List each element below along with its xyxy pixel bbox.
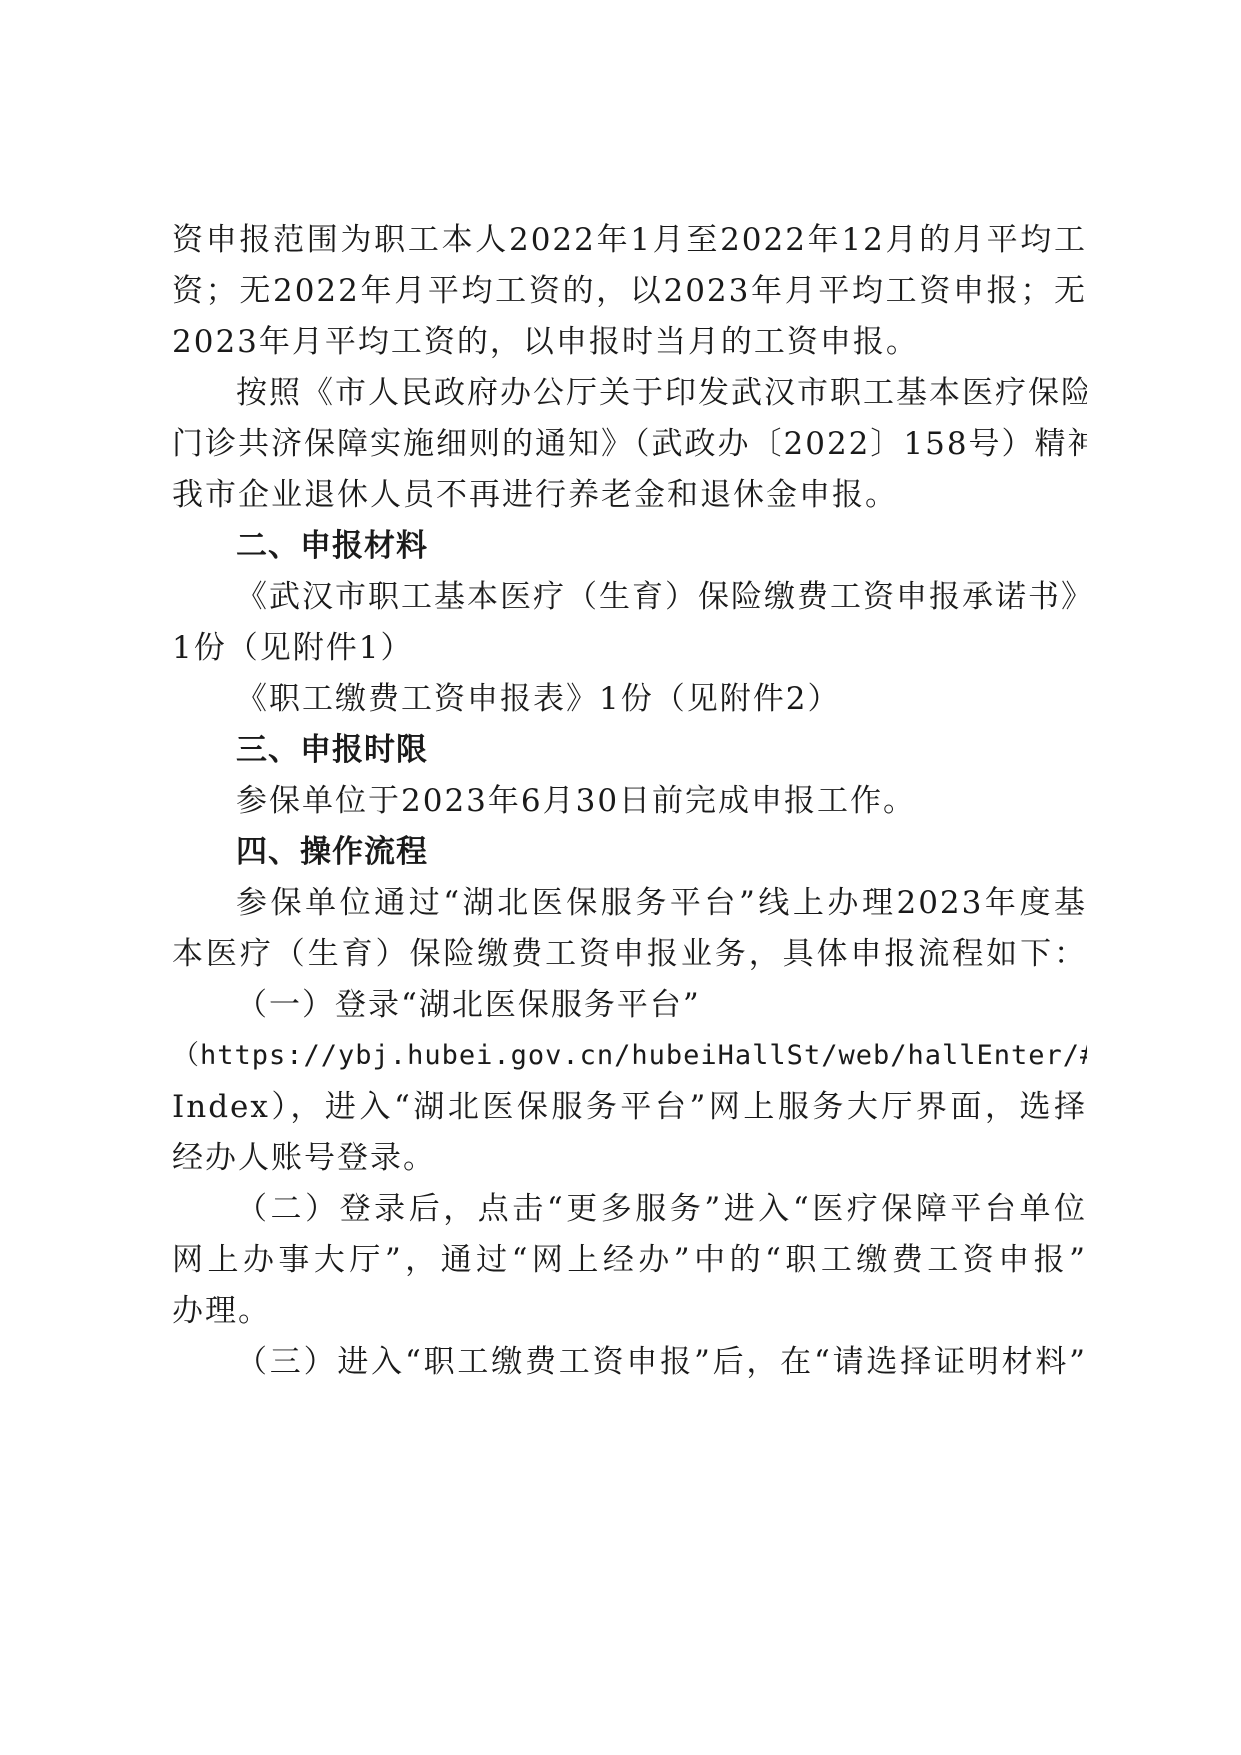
paragraph-line: 参保单位通过“湖北医保服务平台”线上办理2023年度基 <box>236 877 1087 929</box>
step-heading-3: （三）进入“职工缴费工资申报”后，在“请选择证明材料” <box>236 1336 1087 1388</box>
section-heading-procedure: 四、操作流程 <box>236 826 1151 878</box>
platform-url-line: （https://ybj.hubei.gov.cn/hubeiHallSt/we… <box>172 1030 1087 1082</box>
paragraph-line: 2023年月平均工资的，以申报时当月的工资申报。 <box>172 316 1087 368</box>
paragraph-line: 我市企业退休人员不再进行养老金和退休金申报。 <box>172 469 1087 521</box>
step-heading-2: （二）登录后，点击“更多服务”进入“医疗保障平台单位 <box>236 1183 1087 1235</box>
section-heading-deadline: 三、申报时限 <box>236 724 1151 776</box>
section-heading-materials: 二、申报材料 <box>236 520 1151 572</box>
step-heading-1: （一）登录“湖北医保服务平台” <box>236 979 1087 1031</box>
paragraph-line: 网上办事大厅”，通过“网上经办”中的“职工缴费工资申报” <box>172 1234 1087 1286</box>
paragraph-line: 按照《市人民政府办公厅关于印发武汉市职工基本医疗保险 <box>236 367 1087 419</box>
paragraph-line: 资申报范围为职工本人2022年1月至2022年12月的月平均工 <box>172 214 1087 266</box>
paragraph-line: Index），进入“湖北医保服务平台”网上服务大厅界面，选择 <box>172 1081 1087 1133</box>
paragraph-line: 本医疗（生育）保险缴费工资申报业务，具体申报流程如下： <box>172 928 1087 980</box>
paragraph-line: 经办人账号登录。 <box>172 1132 1087 1184</box>
paragraph-line: 1份（见附件1） <box>172 622 1087 674</box>
paragraph-line: 门诊共济保障实施细则的通知》（武政办〔2022〕158号）精神， <box>172 418 1087 470</box>
paragraph-line: 参保单位于2023年6月30日前完成申报工作。 <box>236 775 1087 827</box>
paragraph-line: 资；无2022年月平均工资的，以2023年月平均工资申报；无 <box>172 265 1087 317</box>
paragraph-line: 办理。 <box>172 1285 1087 1337</box>
paragraph-line: 《武汉市职工基本医疗（生育）保险缴费工资申报承诺书》 <box>236 571 1087 623</box>
document-page: 资申报范围为职工本人2022年1月至2022年12月的月平均工 资；无2022年… <box>0 0 1241 1755</box>
paragraph-line: 《职工缴费工资申报表》1份（见附件2） <box>236 673 1087 725</box>
